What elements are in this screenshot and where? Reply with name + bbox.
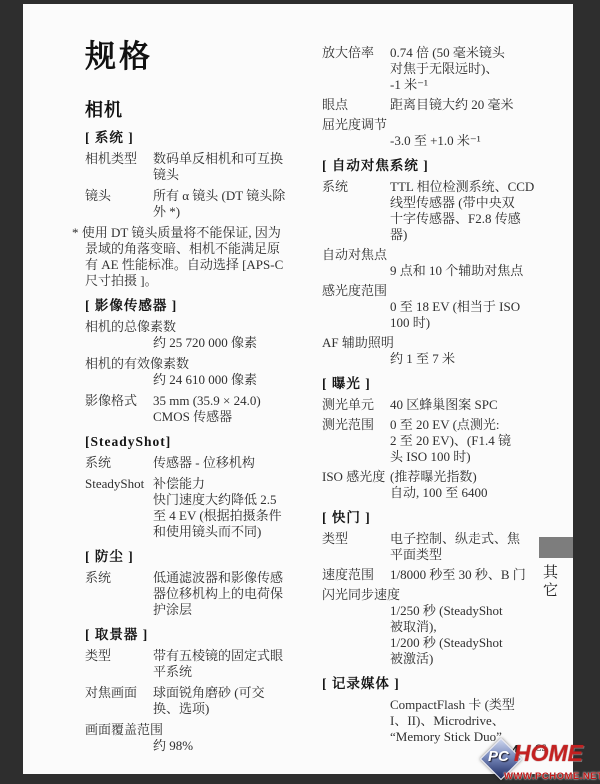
spec-term: 类型 <box>322 531 390 563</box>
spec-value-line: 所有 α 镜头 (DT 镜头除 <box>153 188 309 204</box>
spec-value-line: 电子控制、纵走式、焦 <box>390 531 560 547</box>
spec-value-line: 器) <box>390 227 560 243</box>
spec-value-line: 镜头 <box>153 167 309 183</box>
spec-value-line: 1/8000 秒至 30 秒、B 门 <box>390 567 560 583</box>
spec-term: 类型 <box>85 648 153 680</box>
spec-term: SteadyShot <box>85 476 153 540</box>
spec-value-line: CompactFlash 卡 (类型 <box>390 697 560 713</box>
manual-page: 规格 相机 [ 系统 ]相机类型数码单反相机和可互换镜头镜头所有 α 镜头 (D… <box>23 4 573 774</box>
spec-value: 0 至 20 EV (点测光:2 至 20 EV)、(F1.4 镜头 ISO 1… <box>390 417 560 465</box>
spec-row: 闪光同步速度1/250 秒 (SteadyShot被取消),1/200 秒 (S… <box>322 587 560 667</box>
spec-value: 传感器 - 位移机构 <box>153 455 309 471</box>
spec-value: 电子控制、纵走式、焦平面类型 <box>390 531 560 563</box>
spec-value-line: CMOS 传感器 <box>153 409 309 425</box>
spec-value-line: 带有五棱镜的固定式眼 <box>153 648 309 664</box>
spec-value-line: 低通滤波器和影像传感 <box>153 570 309 586</box>
spec-row: 镜头所有 α 镜头 (DT 镜头除外 *) <box>85 188 309 220</box>
spec-value-line: 约 25 720 000 像素 <box>153 335 309 351</box>
spec-term: 自动对焦点 <box>322 247 560 263</box>
spec-value: 补偿能力快门速度大约降低 2.5至 4 EV (根据拍摄条件和使用镜头而不同) <box>153 476 309 540</box>
spec-value-line: 被激活) <box>390 651 560 667</box>
spec-value-line: 35 mm (35.9 × 24.0) <box>153 393 309 409</box>
spec-row: 测光范围0 至 20 EV (点测光:2 至 20 EV)、(F1.4 镜头 I… <box>322 417 560 465</box>
spec-term: 系统 <box>85 455 153 471</box>
spec-value-line: 2 至 20 EV)、(F1.4 镜 <box>390 433 560 449</box>
spec-value-line: 约 24 610 000 像素 <box>153 372 309 388</box>
footnote-line: 景域的角落变暗、相机不能满足原 <box>72 241 309 257</box>
watermark-pc-text: PC <box>488 748 509 765</box>
spec-value-line: 0 至 18 EV (相当于 ISO <box>390 299 560 315</box>
spec-value: 0 至 18 EV (相当于 ISO100 时) <box>322 299 560 331</box>
spec-row: 放大倍率0.74 倍 (50 毫米镜头对焦于无限远时)、-1 米⁻¹ <box>322 45 560 93</box>
section-header: [ 快门 ] <box>322 510 560 526</box>
spec-value-line: 线型传感器 (带中央双 <box>390 195 560 211</box>
spec-row: 对焦画面球面锐角磨砂 (可交换、选项) <box>85 685 309 717</box>
spec-term: 镜头 <box>85 188 153 220</box>
spec-value-line: 头 ISO 100 时) <box>390 449 560 465</box>
spec-term: 放大倍率 <box>322 45 390 93</box>
spec-value: 低通滤波器和影像传感器位移机构上的电荷保护涂层 <box>153 570 309 618</box>
spec-value-line: 传感器 - 位移机构 <box>153 455 309 471</box>
spec-term: 感光度范围 <box>322 283 560 299</box>
spec-value-line: 1/200 秒 (SteadyShot <box>390 635 560 651</box>
spec-value-line: I、II)、Microdrive、 <box>390 713 560 729</box>
spec-value-line: 护涂层 <box>153 602 309 618</box>
spec-row: 速度范围1/8000 秒至 30 秒、B 门 <box>322 567 560 583</box>
spec-value-line: 十字传感器、F2.8 传感 <box>390 211 560 227</box>
spec-row: 测光单元40 区蜂巢图案 SPC <box>322 397 560 413</box>
spec-section: [ 自动对焦系统 ]系统TTL 相位检测系统、CCD线型传感器 (带中央双十字传… <box>322 158 560 367</box>
spec-row: 类型带有五棱镜的固定式眼平系统 <box>85 648 309 680</box>
footnote: * 使用 DT 镜头质量将不能保证, 因为景域的角落变暗、相机不能满足原有 AE… <box>72 225 309 289</box>
spec-value-line: 被取消), <box>390 619 560 635</box>
spec-value-line: 和使用镜头而不同) <box>153 524 309 540</box>
footnote-line: * 使用 DT 镜头质量将不能保证, 因为 <box>72 225 309 241</box>
spec-term: 测光范围 <box>322 417 390 465</box>
section-header: [ 防尘 ] <box>85 549 309 565</box>
section-header: [ 取景器 ] <box>85 627 309 643</box>
spec-value-line: 平系统 <box>153 664 309 680</box>
camera-heading: 相机 <box>85 100 309 120</box>
spec-value-line: 40 区蜂巢图案 SPC <box>390 397 560 413</box>
spec-term: 相机的总像素数 <box>85 319 309 335</box>
right-column: 放大倍率0.74 倍 (50 毫米镜头对焦于无限远时)、-1 米⁻¹眼点距离目镜… <box>322 40 560 749</box>
spec-row: 系统低通滤波器和影像传感器位移机构上的电荷保护涂层 <box>85 570 309 618</box>
spec-value: 距离目镜大约 20 毫米 <box>390 97 560 113</box>
spec-value: 0.74 倍 (50 毫米镜头对焦于无限远时)、-1 米⁻¹ <box>390 45 560 93</box>
spec-term: 系统 <box>85 570 153 618</box>
spec-term: 测光单元 <box>322 397 390 413</box>
spec-row: 系统TTL 相位检测系统、CCD线型传感器 (带中央双十字传感器、F2.8 传感… <box>322 179 560 243</box>
spec-term: 闪光同步速度 <box>322 587 560 603</box>
spec-row: 系统传感器 - 位移机构 <box>85 455 309 471</box>
spec-value: 35 mm (35.9 × 24.0)CMOS 传感器 <box>153 393 309 425</box>
spec-term: 相机类型 <box>85 151 153 183</box>
spec-value: 约 24 610 000 像素 <box>85 372 309 388</box>
spec-value: 球面锐角磨砂 (可交换、选项) <box>153 685 309 717</box>
spec-value-line: -1 米⁻¹ <box>390 77 560 93</box>
spec-row: AF 辅助照明约 1 至 7 米 <box>322 335 560 367</box>
spec-value-line: 约 98% <box>153 738 309 754</box>
spec-value-line: 1/250 秒 (SteadyShot <box>390 603 560 619</box>
spec-value-line: 数码单反相机和可互换 <box>153 151 309 167</box>
spec-section: [ 曝光 ]测光单元40 区蜂巢图案 SPC测光范围0 至 20 EV (点测光… <box>322 376 560 501</box>
spec-value: 约 25 720 000 像素 <box>85 335 309 351</box>
spec-value: -3.0 至 +1.0 米⁻¹ <box>322 133 560 149</box>
section-header: [SteadyShot] <box>85 434 309 450</box>
spec-value-line: 平面类型 <box>390 547 560 563</box>
section-header: [ 影像传感器 ] <box>85 298 309 314</box>
spec-value-line: 0.74 倍 (50 毫米镜头 <box>390 45 560 61</box>
left-column: 规格 相机 [ 系统 ]相机类型数码单反相机和可互换镜头镜头所有 α 镜头 (D… <box>85 40 309 759</box>
spec-term: 屈光度调节 <box>322 117 560 133</box>
spec-row: 屈光度调节-3.0 至 +1.0 米⁻¹ <box>322 117 560 149</box>
spec-section: 放大倍率0.74 倍 (50 毫米镜头对焦于无限远时)、-1 米⁻¹眼点距离目镜… <box>322 45 560 149</box>
spec-value-line: 外 *) <box>153 204 309 220</box>
spec-term: 系统 <box>322 179 390 243</box>
spec-row: SteadyShot补偿能力快门速度大约降低 2.5至 4 EV (根据拍摄条件… <box>85 476 309 540</box>
spec-term: 影像格式 <box>85 393 153 425</box>
spec-value: 约 1 至 7 米 <box>322 351 560 367</box>
page-title: 规格 <box>85 40 309 74</box>
spec-value: 1/8000 秒至 30 秒、B 门 <box>390 567 560 583</box>
spec-row: 眼点距离目镜大约 20 毫米 <box>322 97 560 113</box>
spec-value: (推荐曝光指数)自动, 100 至 6400 <box>390 469 560 501</box>
spec-term: AF 辅助照明 <box>322 335 560 351</box>
spec-row: 影像格式35 mm (35.9 × 24.0)CMOS 传感器 <box>85 393 309 425</box>
section-header: [ 自动对焦系统 ] <box>322 158 560 174</box>
watermark-url: WWW.PCHOME.NET <box>504 771 600 782</box>
spec-section: [ 记录媒体 ]CompactFlash 卡 (类型I、II)、Microdri… <box>322 676 560 745</box>
spec-value-line: TTL 相位检测系统、CCD <box>390 179 560 195</box>
spec-value: 9 点和 10 个辅助对焦点 <box>322 263 560 279</box>
spec-value-line: 9 点和 10 个辅助对焦点 <box>390 263 560 279</box>
spec-section: [ 防尘 ]系统低通滤波器和影像传感器位移机构上的电荷保护涂层 <box>85 549 309 618</box>
viewer-background: 规格 相机 [ 系统 ]相机类型数码单反相机和可互换镜头镜头所有 α 镜头 (D… <box>0 0 600 784</box>
spec-value-line: 对焦于无限远时)、 <box>390 61 560 77</box>
spec-term: 画面覆盖范围 <box>85 722 309 738</box>
spec-value-line: 0 至 20 EV (点测光: <box>390 417 560 433</box>
spec-value-line: 球面锐角磨砂 (可交 <box>153 685 309 701</box>
spec-term: 眼点 <box>322 97 390 113</box>
spec-value-line: 补偿能力 <box>153 476 309 492</box>
spec-value: 数码单反相机和可互换镜头 <box>153 151 309 183</box>
spec-section: [SteadyShot]系统传感器 - 位移机构SteadyShot补偿能力快门… <box>85 434 309 540</box>
spec-value-line: 约 1 至 7 米 <box>390 351 560 367</box>
spec-section: [ 影像传感器 ]相机的总像素数约 25 720 000 像素相机的有效像素数约… <box>85 298 309 425</box>
spec-section: [ 系统 ]相机类型数码单反相机和可互换镜头镜头所有 α 镜头 (DT 镜头除外… <box>85 130 309 289</box>
spec-section: [ 取景器 ]类型带有五棱镜的固定式眼平系统对焦画面球面锐角磨砂 (可交换、选项… <box>85 627 309 754</box>
spec-row: 感光度范围0 至 18 EV (相当于 ISO100 时) <box>322 283 560 331</box>
spec-row: 相机的有效像素数约 24 610 000 像素 <box>85 356 309 388</box>
chapter-tab-marker <box>539 537 573 558</box>
spec-value-line: 100 时) <box>390 315 560 331</box>
spec-value: 40 区蜂巢图案 SPC <box>390 397 560 413</box>
section-header: [ 曝光 ] <box>322 376 560 392</box>
spec-value: TTL 相位检测系统、CCD线型传感器 (带中央双十字传感器、F2.8 传感器) <box>390 179 560 243</box>
section-header: [ 记录媒体 ] <box>322 676 560 692</box>
spec-value-line: -3.0 至 +1.0 米⁻¹ <box>390 133 560 149</box>
footnote-line: 尺寸拍摄 ]。 <box>72 273 309 289</box>
spec-row: 画面覆盖范围约 98% <box>85 722 309 754</box>
spec-section: [ 快门 ]类型电子控制、纵走式、焦平面类型速度范围1/8000 秒至 30 秒… <box>322 510 560 667</box>
pchome-watermark: HOME PC WWW.PCHOME.NET <box>482 736 600 784</box>
spec-term: ISO 感光度 <box>322 469 390 501</box>
spec-value: 所有 α 镜头 (DT 镜头除外 *) <box>153 188 309 220</box>
spec-term: 对焦画面 <box>85 685 153 717</box>
spec-row: 类型电子控制、纵走式、焦平面类型 <box>322 531 560 563</box>
spec-value: 1/250 秒 (SteadyShot被取消),1/200 秒 (SteadyS… <box>322 603 560 667</box>
spec-value-line: 换、选项) <box>153 701 309 717</box>
chapter-tab-label: 其它 <box>541 564 557 600</box>
spec-value-line: (推荐曝光指数) <box>390 469 560 485</box>
spec-value-line: 自动, 100 至 6400 <box>390 485 560 501</box>
spec-value-line: 器位移机构上的电荷保 <box>153 586 309 602</box>
spec-value-line: 至 4 EV (根据拍摄条件 <box>153 508 309 524</box>
footnote-line: 有 AE 性能标准。自动选择 [APS-C <box>72 257 309 273</box>
spec-value-line: 距离目镜大约 20 毫米 <box>390 97 560 113</box>
section-header: [ 系统 ] <box>85 130 309 146</box>
spec-row: 相机的总像素数约 25 720 000 像素 <box>85 319 309 351</box>
spec-term: 速度范围 <box>322 567 390 583</box>
spec-row: 相机类型数码单反相机和可互换镜头 <box>85 151 309 183</box>
spec-value-line: 快门速度大约降低 2.5 <box>153 492 309 508</box>
spec-value: 带有五棱镜的固定式眼平系统 <box>153 648 309 680</box>
spec-row: 自动对焦点9 点和 10 个辅助对焦点 <box>322 247 560 279</box>
spec-value: 约 98% <box>85 738 309 754</box>
spec-row: ISO 感光度(推荐曝光指数)自动, 100 至 6400 <box>322 469 560 501</box>
spec-term: 相机的有效像素数 <box>85 356 309 372</box>
watermark-home-text: HOME <box>514 741 583 765</box>
